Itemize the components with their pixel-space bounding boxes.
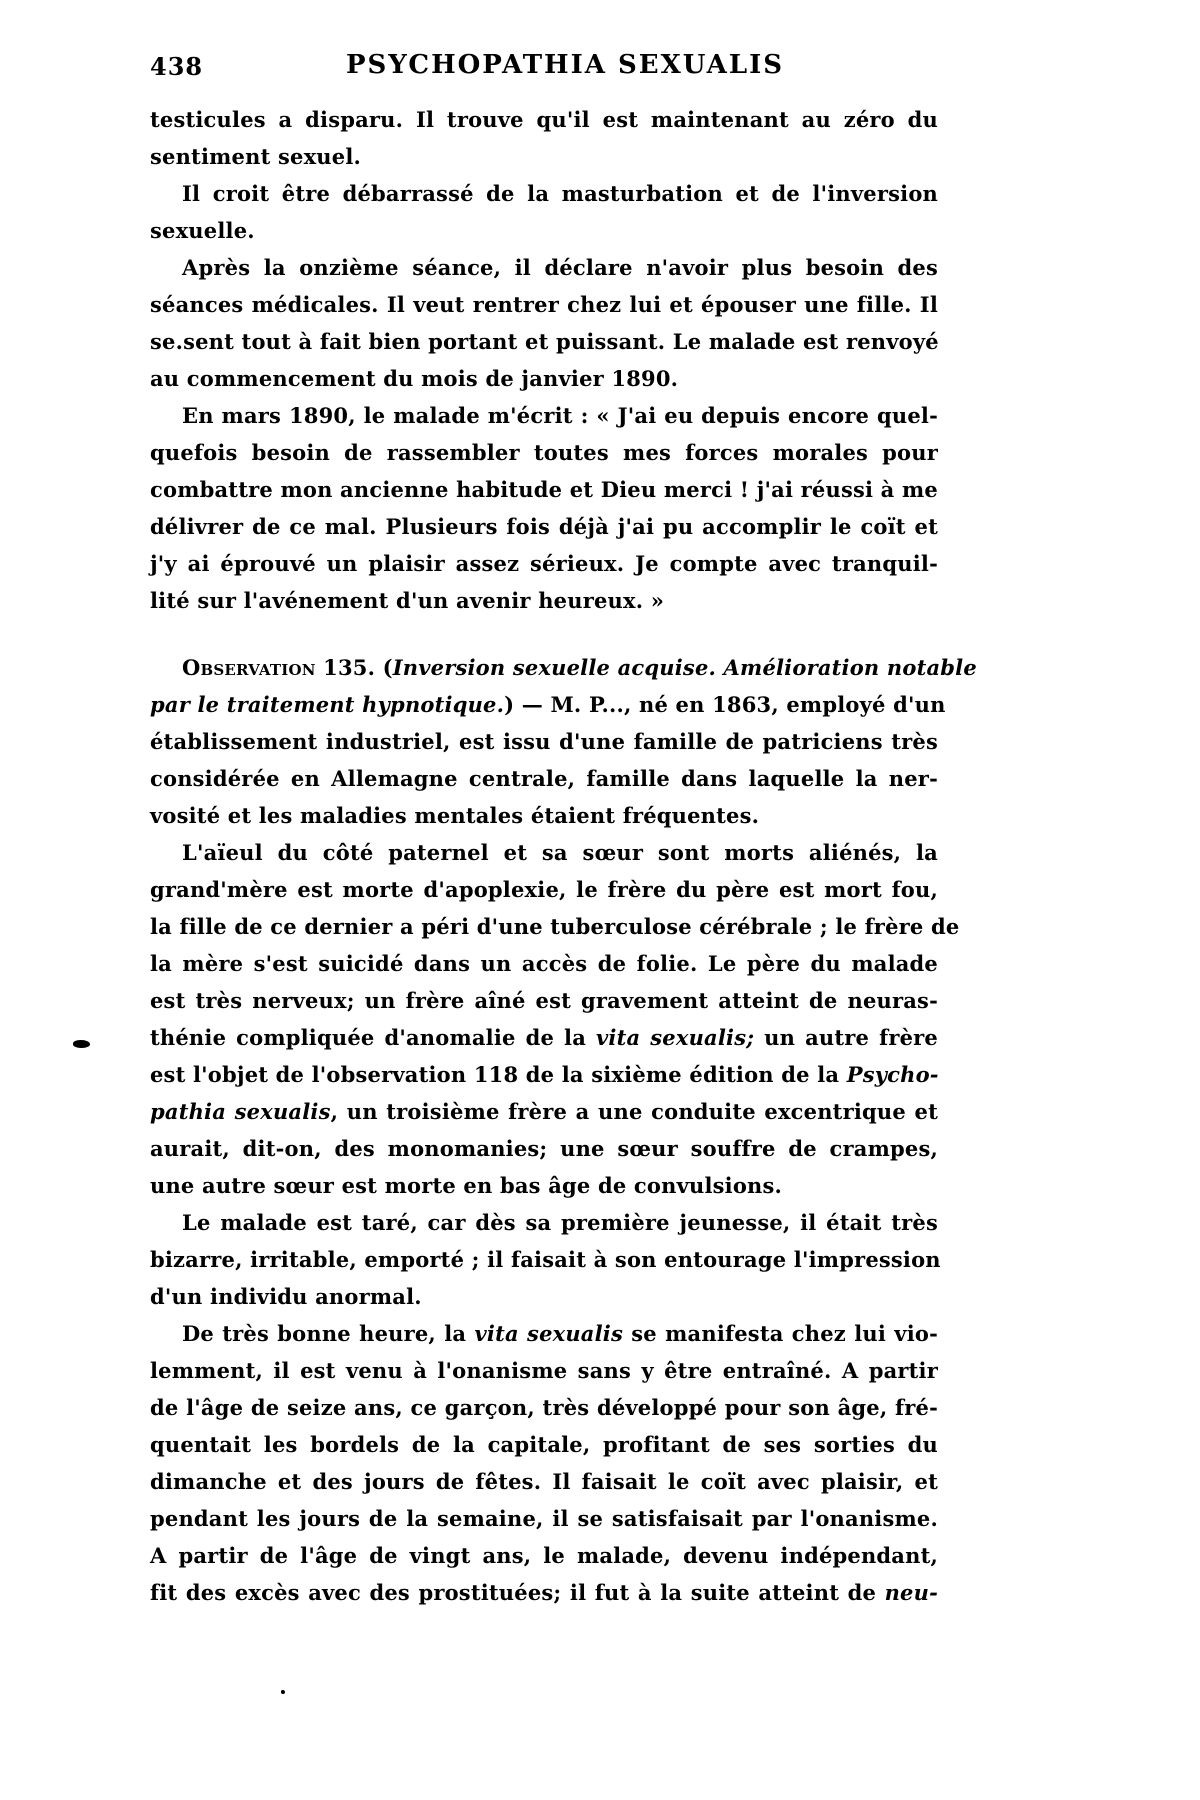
body-text: Il croit être débarrassé de la masturbat… [182,181,938,206]
body-text: j'y ai éprouvé un plaisir assez sérieux.… [150,551,938,576]
body-text: aurait, dit-on, des monomanies; une sœur… [150,1136,938,1161]
body-text: pendant les jours de la semaine, il se s… [150,1506,938,1531]
text-line: A partir de l'âge de vingt ans, le malad… [150,1537,938,1574]
body-text: A partir de l'âge de vingt ans, le malad… [150,1543,938,1568]
body-text: au commencement du mois de janvier 1890. [150,366,678,391]
text-line: la fille de ce dernier a péri d'une tube… [150,908,938,945]
text-block: testicules a disparu. Il trouve qu'il es… [150,101,938,1611]
body-text: établissement industriel, est issu d'une… [150,729,938,754]
body-text: dimanche et des jours de fêtes. Il faisa… [150,1469,938,1494]
body-text: ) — M. P..., né en 1863, employé d'un [504,692,945,717]
body-text: d'un individu anormal. [150,1284,422,1309]
paragraph: Observation 135. (Inversion sexuelle acq… [150,649,938,834]
body-text: une autre sœur est morte en bas âge de c… [150,1173,782,1198]
italic-text: vita sexualis; [596,1025,754,1050]
italic-text: par le traitement hypnotique. [150,692,504,717]
smallcaps-text: Observation [182,655,316,680]
text-line: délivrer de ce mal. Plusieurs fois déjà … [150,508,938,545]
text-line: la mère s'est suicidé dans un accès de f… [150,945,938,982]
body-text: lité sur l'avénement d'un avenir heureux… [150,588,664,613]
body-text: bizarre, irritable, emporté ; il faisait… [150,1247,941,1272]
body-text: quefois besoin de rassembler toutes mes … [150,440,938,465]
paragraph: De très bonne heure, la vita sexualis se… [150,1315,938,1611]
text-line: sentiment sexuel. [150,138,938,175]
body-text: est très nerveux; un frère aîné est grav… [150,988,938,1013]
paragraph: Le malade est taré, car dès sa première … [150,1204,938,1315]
body-text: la fille de ce dernier a péri d'une tube… [150,914,959,939]
text-line: combattre mon ancienne habitude et Dieu … [150,471,938,508]
text-line: dimanche et des jours de fêtes. Il faisa… [150,1463,938,1500]
body-text: considérée en Allemagne centrale, famill… [150,766,938,791]
body-text: L'aïeul du côté paternel et sa sœur sont… [182,840,938,865]
paragraph: Après la onzième séance, il déclare n'av… [150,249,938,397]
italic-text: vita sexualis [474,1321,623,1346]
body-text: En mars 1890, le malade m'écrit : « J'ai… [182,403,938,428]
text-line: Après la onzième séance, il déclare n'av… [150,249,938,286]
text-line: se.sent tout à fait bien portant et puis… [150,323,938,360]
italic-text: Inversion sexuelle acquise. Amélioration… [393,655,977,680]
body-text: grand'mère est morte d'apoplexie, le frè… [150,877,938,902]
body-text: thénie compliquée d'anomalie de la [150,1025,596,1050]
text-line: une autre sœur est morte en bas âge de c… [150,1167,938,1204]
text-line: thénie compliquée d'anomalie de la vita … [150,1019,938,1056]
body-text: 135. ( [316,655,393,680]
body-text: est l'objet de l'observation 118 de la s… [150,1062,847,1087]
text-line: sexuelle. [150,212,938,249]
body-text: De très bonne heure, la [182,1321,474,1346]
text-line: pathia sexualis, un troisième frère a un… [150,1093,938,1130]
body-text: de l'âge de seize ans, ce garçon, très d… [150,1395,938,1420]
paragraph: Il croit être débarrassé de la masturbat… [150,175,938,249]
body-text: Le malade est taré, car dès sa première … [182,1210,938,1235]
text-line: vosité et les maladies mentales étaient … [150,797,938,834]
text-line: séances médicales. Il veut rentrer chez … [150,286,938,323]
text-line: Le malade est taré, car dès sa première … [150,1204,938,1241]
text-line: établissement industriel, est issu d'une… [150,723,938,760]
body-text: , un troisième frère a une conduite exce… [331,1099,938,1124]
text-line: est l'objet de l'observation 118 de la s… [150,1056,938,1093]
text-line: grand'mère est morte d'apoplexie, le frè… [150,871,938,908]
body-text: quentait les bordels de la capitale, pro… [150,1432,938,1457]
text-line: lemment, il est venu à l'onanisme sans y… [150,1352,938,1389]
ink-mark [281,1690,285,1694]
body-text: Après la onzième séance, il déclare n'av… [182,255,938,280]
body-text: testicules a disparu. Il trouve qu'il es… [150,107,938,132]
body-text: se manifesta chez lui vio- [623,1321,938,1346]
text-line: j'y ai éprouvé un plaisir assez sérieux.… [150,545,938,582]
text-line: au commencement du mois de janvier 1890. [150,360,938,397]
paragraph: En mars 1890, le malade m'écrit : « J'ai… [150,397,938,619]
body-text: combattre mon ancienne habitude et Dieu … [150,477,938,502]
text-line: Il croit être débarrassé de la masturbat… [150,175,938,212]
body-text: sexuelle. [150,218,255,243]
text-line: En mars 1890, le malade m'écrit : « J'ai… [150,397,938,434]
ink-mark [73,1040,90,1048]
paragraph: testicules a disparu. Il trouve qu'il es… [150,101,938,175]
text-line: bizarre, irritable, emporté ; il faisait… [150,1241,938,1278]
text-line: de l'âge de seize ans, ce garçon, très d… [150,1389,938,1426]
text-line: quentait les bordels de la capitale, pro… [150,1426,938,1463]
body-text: séances médicales. Il veut rentrer chez … [150,292,938,317]
body-text: sentiment sexuel. [150,144,361,169]
running-title: PSYCHOPATHIA SEXUALIS [150,50,980,80]
text-line: lité sur l'avénement d'un avenir heureux… [150,582,938,619]
text-line: aurait, dit-on, des monomanies; une sœur… [150,1130,938,1167]
text-line: testicules a disparu. Il trouve qu'il es… [150,101,938,138]
text-line: considérée en Allemagne centrale, famill… [150,760,938,797]
body-text: fit des excès avec des prostituées; il f… [150,1580,885,1605]
italic-text: neu- [885,1580,938,1605]
body-text: vosité et les maladies mentales étaient … [150,803,759,828]
text-line: L'aïeul du côté paternel et sa sœur sont… [150,834,938,871]
text-line: quefois besoin de rassembler toutes mes … [150,434,938,471]
paragraph: L'aïeul du côté paternel et sa sœur sont… [150,834,938,1204]
text-line: pendant les jours de la semaine, il se s… [150,1500,938,1537]
text-line: par le traitement hypnotique.) — M. P...… [150,686,938,723]
body-text: un autre frère [754,1025,938,1050]
body-text: se.sent tout à fait bien portant et puis… [150,329,939,354]
body-text: la mère s'est suicidé dans un accès de f… [150,951,938,976]
body-text: délivrer de ce mal. Plusieurs fois déjà … [150,514,938,539]
italic-text: pathia sexualis [150,1099,331,1124]
body-text: lemment, il est venu à l'onanisme sans y… [150,1358,938,1383]
text-line: d'un individu anormal. [150,1278,938,1315]
text-line: est très nerveux; un frère aîné est grav… [150,982,938,1019]
text-line: De très bonne heure, la vita sexualis se… [150,1315,938,1352]
text-line: Observation 135. (Inversion sexuelle acq… [150,649,938,686]
text-line: fit des excès avec des prostituées; il f… [150,1574,938,1611]
italic-text: Psycho- [847,1062,939,1087]
